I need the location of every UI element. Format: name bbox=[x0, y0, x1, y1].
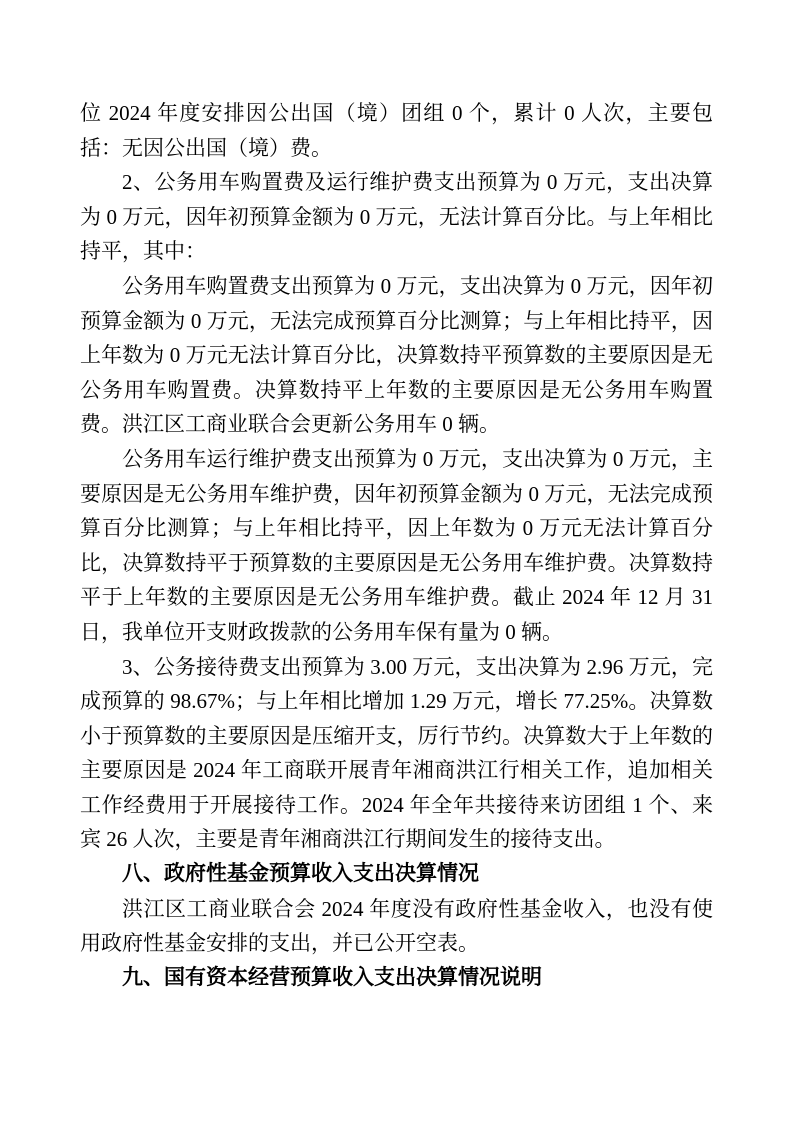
document-page: 位 2024 年度安排因公出国（境）团组 0 个，累计 0 人次，主要包括：无因… bbox=[0, 0, 793, 1122]
paragraph-vehicle-total: 2、公务用车购置费及运行维护费支出预算为 0 万元，支出决算为 0 万元，因年初… bbox=[80, 165, 713, 269]
section-heading-9-state-capital: 九、国有资本经营预算收入支出决算情况说明 bbox=[80, 961, 713, 996]
paragraph-vehicle-purchase: 公务用车购置费支出预算为 0 万元，支出决算为 0 万元，因年初预算金额为 0 … bbox=[80, 269, 713, 442]
section-heading-8-government-funds: 八、政府性基金预算收入支出决算情况 bbox=[80, 857, 713, 892]
paragraph-vehicle-maintenance: 公务用车运行维护费支出预算为 0 万元，支出决算为 0 万元，主要原因是无公务用… bbox=[80, 442, 713, 650]
paragraph-official-reception: 3、公务接待费支出预算为 3.00 万元，支出决算为 2.96 万元，完成预算的… bbox=[80, 650, 713, 858]
paragraph-overseas-trips: 位 2024 年度安排因公出国（境）团组 0 个，累计 0 人次，主要包括：无因… bbox=[80, 96, 713, 165]
document-body: 位 2024 年度安排因公出国（境）团组 0 个，累计 0 人次，主要包括：无因… bbox=[80, 96, 713, 995]
paragraph-government-funds: 洪江区工商业联合会 2024 年度没有政府性基金收入，也没有使用政府性基金安排的… bbox=[80, 892, 713, 961]
